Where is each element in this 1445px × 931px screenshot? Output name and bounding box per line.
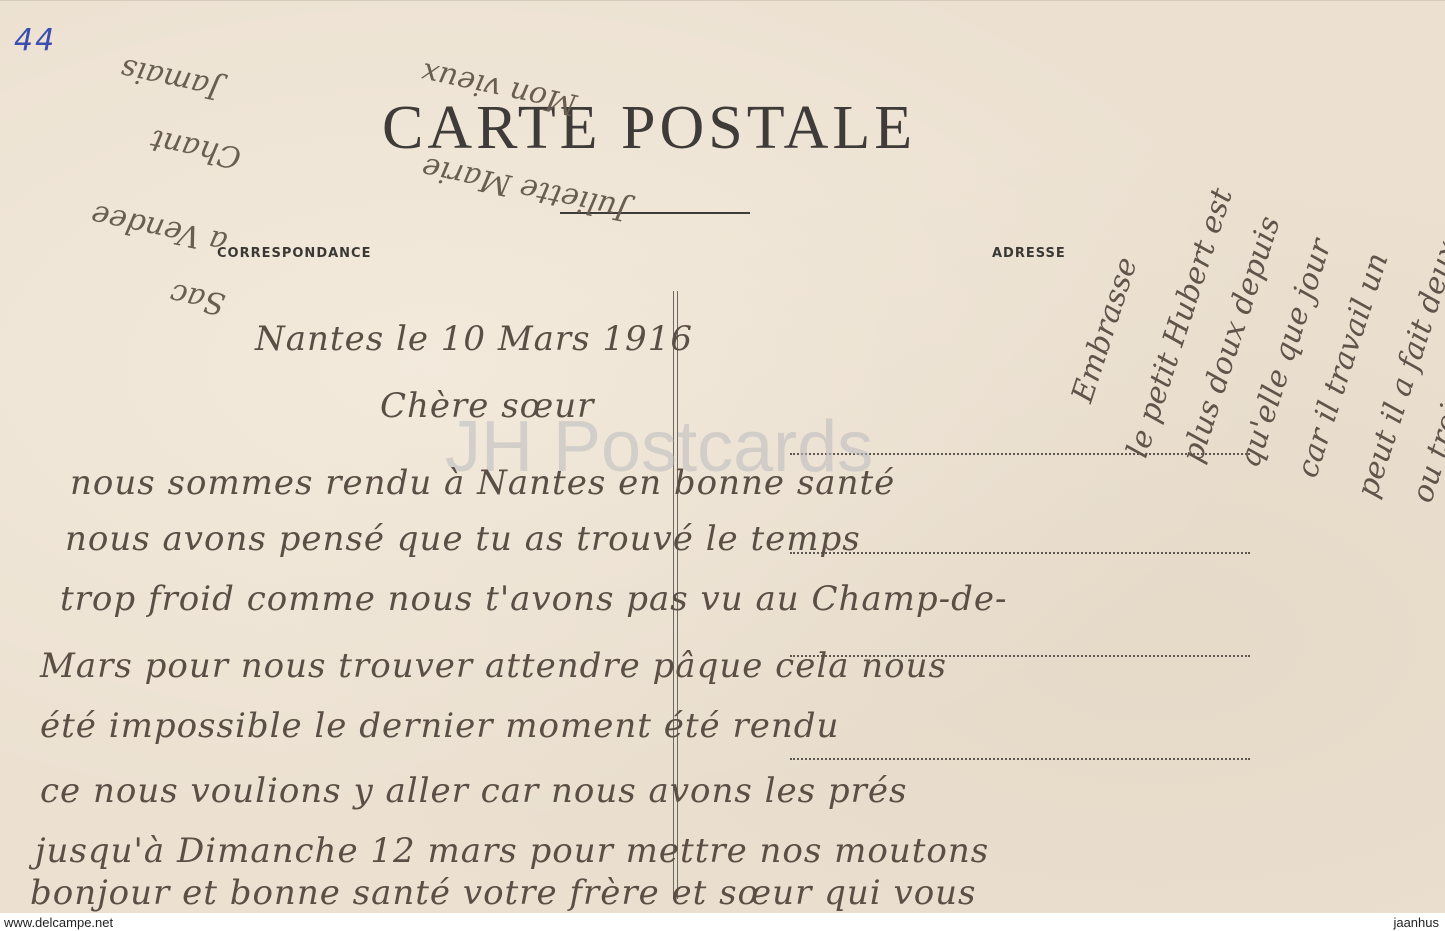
letter-line: bonjour et bonne santé votre frère et sœ…: [30, 873, 977, 913]
address-label: ADRESSE: [992, 246, 1066, 261]
letter-line: été impossible le dernier moment été ren…: [40, 706, 839, 746]
letter-salutation: Chère sœur: [380, 386, 594, 426]
upside-note: a Vendee: [88, 197, 230, 260]
margin-line: Embrasse: [1065, 253, 1145, 407]
letter-line: trop froid comme nous t'avons pas vu au …: [60, 579, 1008, 619]
footer-user: jaanhus: [1393, 915, 1439, 930]
letter-place-date: Nantes le 10 Mars 1916: [255, 319, 693, 359]
address-line-4: [790, 758, 1250, 760]
upside-note: Sac: [167, 276, 228, 322]
footer-site-link[interactable]: www.delcampe.net: [4, 915, 113, 930]
footer-bar: www.delcampe.net jaanhus: [0, 913, 1445, 931]
upside-note: Jamais: [117, 51, 223, 106]
letter-line: nous sommes rendu à Nantes en bonne sant…: [70, 463, 895, 503]
postcard-back: 44 CARTE POSTALE CORRESPONDANCE ADRESSE …: [0, 0, 1445, 914]
postcard-title: CARTE POSTALE: [382, 93, 916, 164]
letter-line: Mars pour nous trouver attendre pâque ce…: [40, 646, 947, 686]
upside-note: Chant: [147, 122, 244, 175]
letter-line: ce nous voulions y aller car nous avons …: [40, 771, 908, 811]
correspondence-label: CORRESPONDANCE: [217, 246, 371, 261]
letter-line: nous avons pensé que tu as trouvé le tem…: [65, 519, 861, 559]
letter-line: jusqu'à Dimanche 12 mars pour mettre nos…: [35, 831, 989, 871]
archive-number: 44: [14, 23, 56, 58]
